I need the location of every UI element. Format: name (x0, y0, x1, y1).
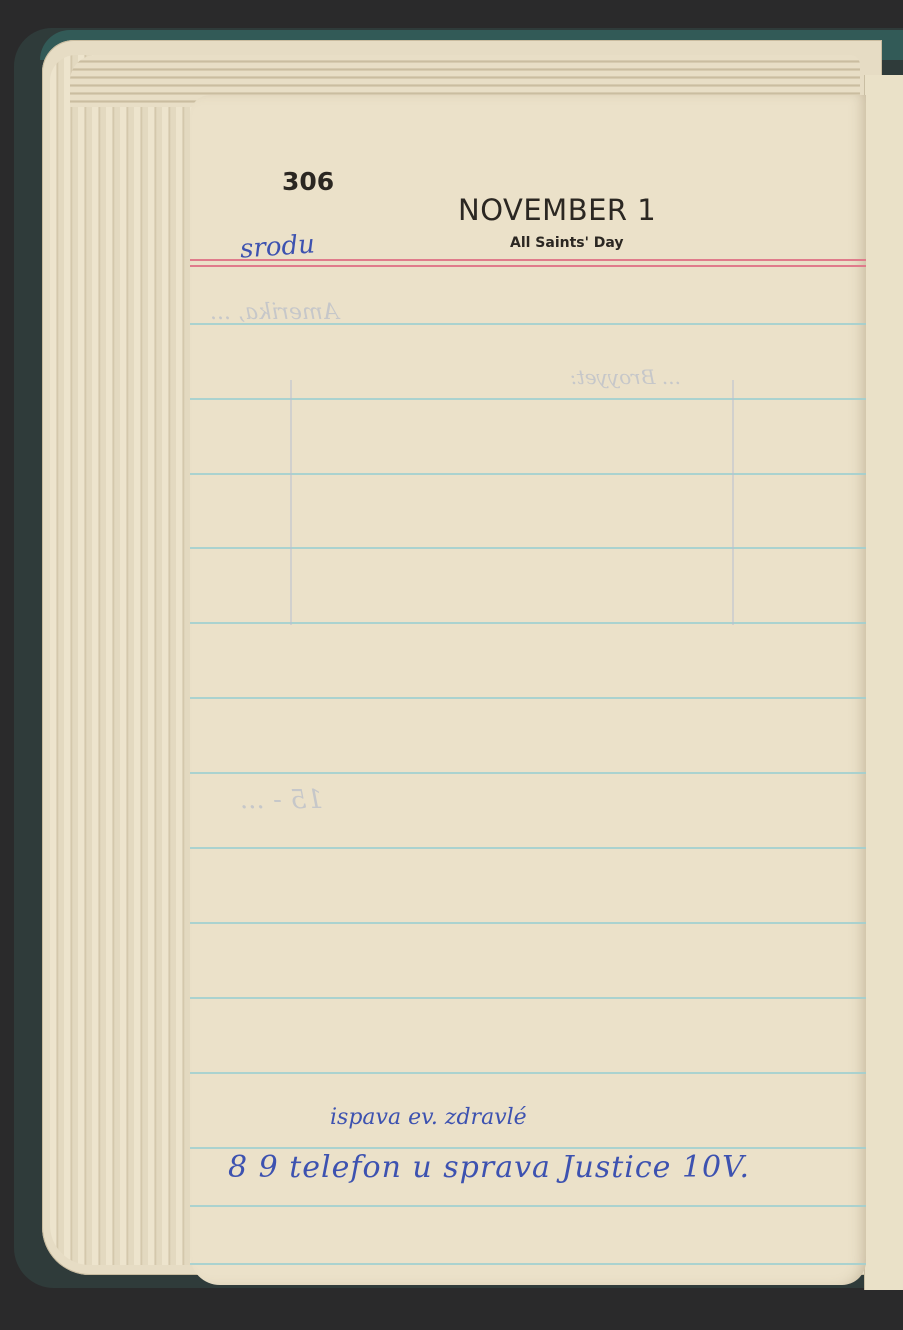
page-number: 306 (282, 167, 334, 196)
ruled-line (190, 1205, 866, 1207)
bleed-through-text: ... Broyyet: (570, 365, 681, 389)
page-edges-left (50, 55, 200, 1265)
date-heading: NOVEMBER 1 (458, 193, 656, 227)
ruled-line (190, 1263, 866, 1265)
ruled-line (190, 997, 866, 999)
bleed-through-text: Amerika, ... (210, 300, 339, 325)
bleed-through-box (290, 380, 734, 625)
holiday-label: All Saints' Day (510, 235, 624, 251)
ruled-line (190, 772, 866, 774)
bleed-through-text: 15 - ... (240, 785, 323, 815)
diary-page: 306 NOVEMBER 1 All Saints' Day Amerika, … (190, 95, 866, 1285)
handwritten-line-1: ispava ev. zdravlé (330, 1105, 527, 1130)
ruled-line (190, 697, 866, 699)
handwritten-corner-note: srodu (239, 229, 316, 264)
ruled-line (190, 922, 866, 924)
handwritten-line-2: 8 9 telefon u sprava Justice 10V. (228, 1150, 750, 1185)
ruled-line (190, 1147, 866, 1149)
facing-page-edge (864, 75, 903, 1290)
ruled-line (190, 847, 866, 849)
ruled-line (190, 1072, 866, 1074)
red-rule-bottom (190, 265, 866, 267)
